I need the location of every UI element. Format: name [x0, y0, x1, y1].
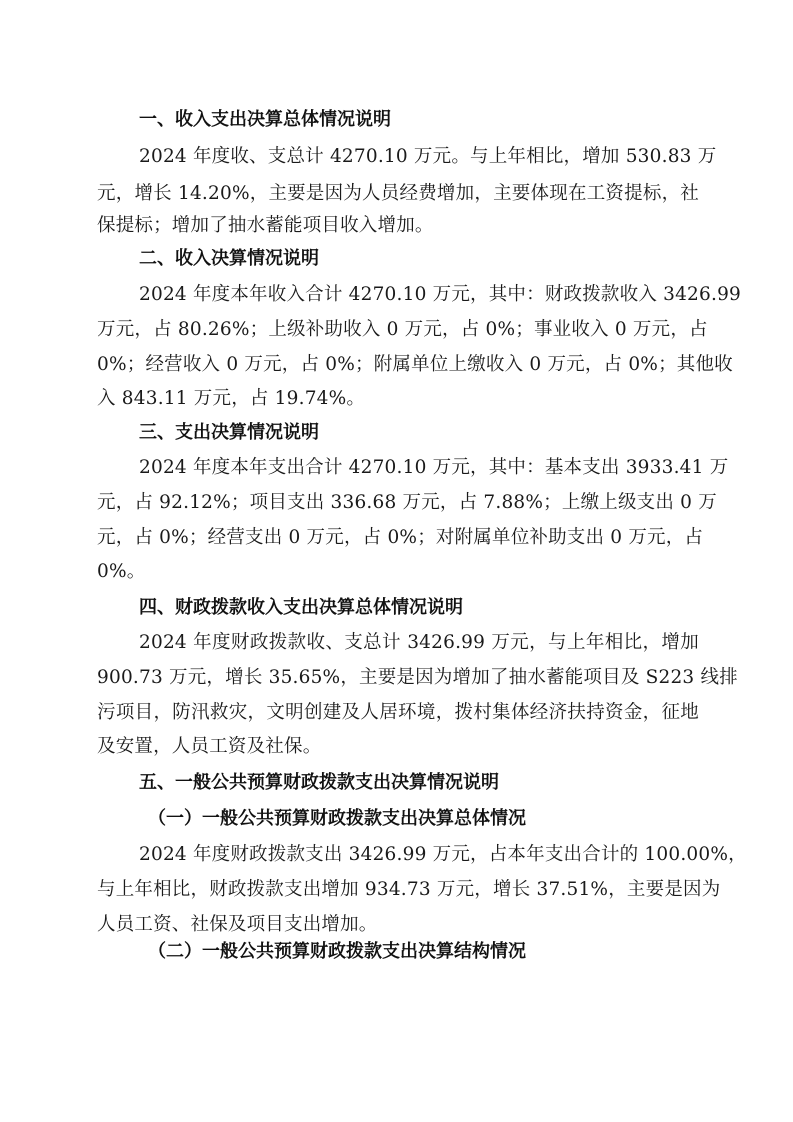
section-1-paragraph-line-3: 保提标；增加了抽水蓄能项目收入增加。	[97, 207, 699, 244]
section-5-heading: 五、一般公共预算财政拨款支出决算情况说明	[139, 764, 499, 801]
section-2-paragraph-line-1: 2024 年度本年收入合计 4270.10 万元，其中：财政拨款收入 3426.…	[139, 276, 699, 313]
section-4-paragraph-line-4: 及安置，人员工资及社保。	[97, 728, 699, 765]
section-3-paragraph-line-4: 0%。	[97, 553, 699, 590]
section-1-heading: 一、收入支出决算总体情况说明	[139, 101, 391, 138]
section-4-heading: 四、财政拨款收入支出决算总体情况说明	[139, 589, 463, 626]
section-2-paragraph-line-2: 万元，占 80.26%；上级补助收入 0 万元，占 0%；事业收入 0 万元，占	[97, 311, 699, 348]
section-3-paragraph-line-3: 元，占 0%；经营支出 0 万元，占 0%；对附属单位补助支出 0 万元，占	[97, 519, 699, 556]
section-3-paragraph-line-2: 元，占 92.12%；项目支出 336.68 万元，占 7.88%；上缴上级支出…	[97, 484, 699, 521]
section-5-sub-1-line-2: 与上年相比，财政拨款支出增加 934.73 万元，增长 37.51%，主要是因为	[97, 871, 699, 908]
section-4-paragraph-line-2: 900.73 万元，增长 35.65%，主要是因为增加了抽水蓄能项目及 S223…	[97, 659, 699, 696]
section-5-sub-2-heading: （二）一般公共预算财政拨款支出决算结构情况	[148, 933, 526, 970]
section-4-paragraph-line-3: 污项目，防汛救灾，文明创建及人居环境，拨村集体经济扶持资金，征地	[97, 694, 699, 731]
section-3-heading: 三、支出决算情况说明	[139, 414, 319, 451]
section-2-paragraph-line-3: 0%；经营收入 0 万元，占 0%；附属单位上缴收入 0 万元，占 0%；其他收	[97, 346, 699, 383]
document-page: 一、收入支出决算总体情况说明 2024 年度收、支总计 4270.10 万元。与…	[0, 0, 793, 1122]
section-5-sub-1-line-1: 2024 年度财政拨款支出 3426.99 万元，占本年支出合计的 100.00…	[139, 836, 699, 873]
section-4-paragraph-line-1: 2024 年度财政拨款收、支总计 3426.99 万元，与上年相比，增加	[139, 624, 699, 661]
section-1-paragraph-line-1: 2024 年度收、支总计 4270.10 万元。与上年相比，增加 530.83 …	[139, 138, 699, 175]
section-2-paragraph-line-4: 入 843.11 万元，占 19.74%。	[97, 380, 699, 417]
section-2-heading: 二、收入决算情况说明	[139, 240, 319, 277]
section-5-sub-1-heading: （一）一般公共预算财政拨款支出决算总体情况	[148, 800, 526, 837]
section-3-paragraph-line-1: 2024 年度本年支出合计 4270.10 万元，其中：基本支出 3933.41…	[139, 449, 699, 486]
